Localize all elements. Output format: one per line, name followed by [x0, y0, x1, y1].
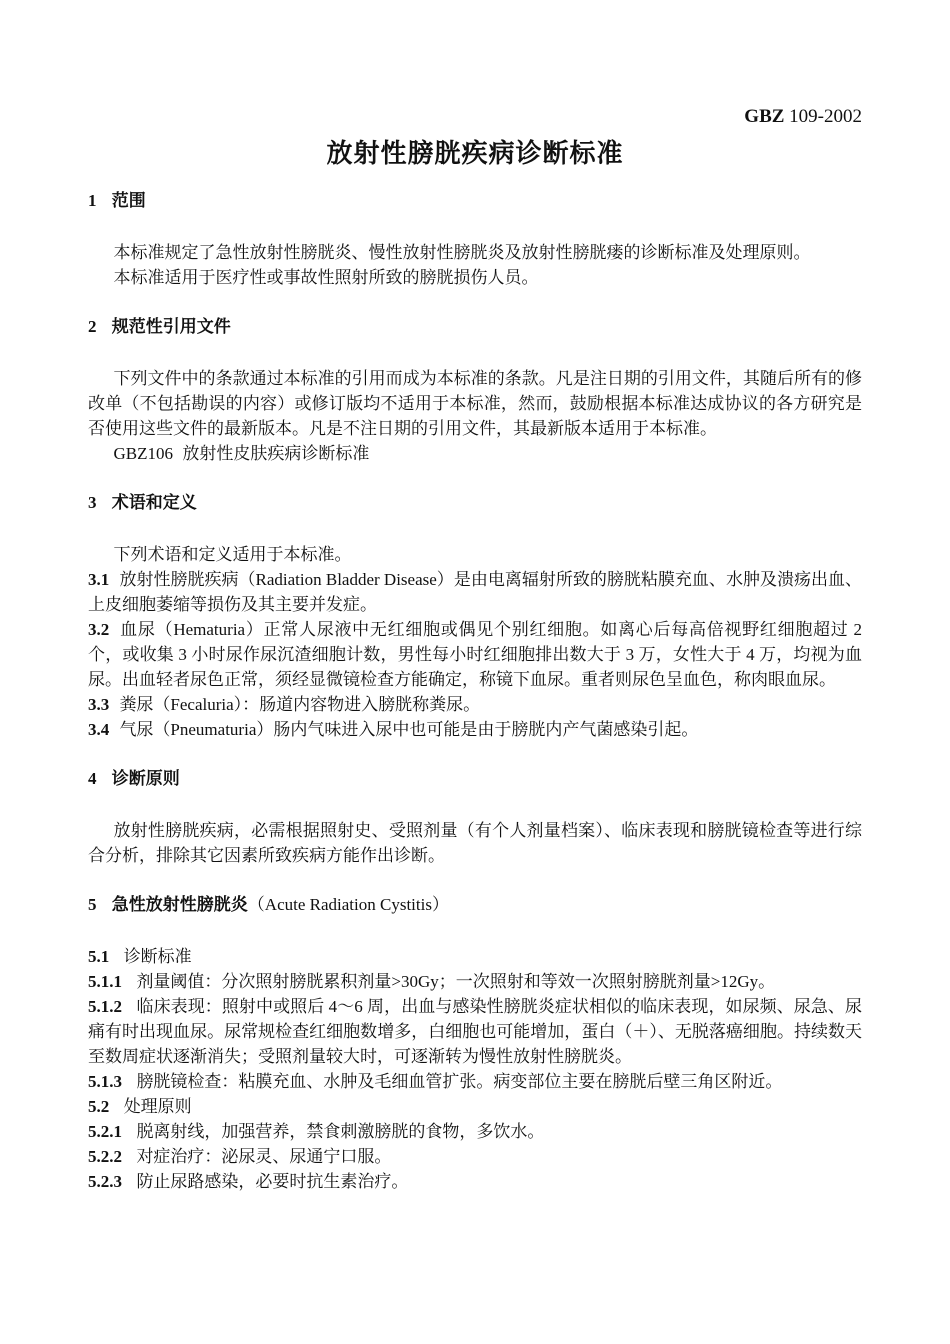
item-number: 5.1.3: [88, 1072, 122, 1091]
item-text: 诊断标准: [124, 947, 192, 966]
section-heading-4: 4诊断原则: [88, 766, 862, 791]
terms-intro-paragraph: 下列术语和定义适用于本标准。: [88, 542, 862, 567]
section-heading-text: 急性放射性膀胱炎: [112, 895, 248, 914]
item-text: 粪尿（Fecaluria）：肠道内容物进入膀胱称粪尿。: [119, 695, 480, 714]
item-text: 气尿（Pneumaturia）肠内气味进入尿中也可能是由于膀胱内产气菌感染引起。: [119, 720, 698, 739]
section-number: 4: [88, 769, 97, 788]
clause-item-5-2-3: 5.2.3防止尿路感染，必要时抗生素治疗。: [88, 1169, 862, 1194]
item-text: 防止尿路感染，必要时抗生素治疗。: [136, 1172, 408, 1191]
item-text: 脱离射线，加强营养，禁食刺激膀胱的食物，多饮水。: [136, 1122, 544, 1141]
clause-item-5-1: 5.1诊断标准: [88, 944, 862, 969]
item-number: 3.1: [88, 570, 109, 589]
clause-item-5-1-1: 5.1.1剂量阈值：分次照射膀胱累积剂量>30Gy；一次照射和等效一次照射膀胱剂…: [88, 969, 862, 994]
item-number: 5.2.1: [88, 1122, 122, 1141]
doc-number-code: GBZ: [744, 106, 784, 127]
diagnostic-principles-paragraph: 放射性膀胱疾病，必需根据照射史、受照剂量（有个人剂量档案）、临床表现和膀胱镜检查…: [88, 818, 862, 868]
item-text: 对症治疗：泌尿灵、尿通宁口服。: [136, 1147, 391, 1166]
item-number: 5.1.2: [88, 997, 122, 1016]
section-heading-text: 规范性引用文件: [112, 317, 231, 336]
section-heading-text: 诊断原则: [112, 769, 180, 788]
doc-number: GBZ 109-2002: [88, 104, 862, 130]
section-number: 2: [88, 317, 97, 336]
item-text: 放射性膀胱疾病（Radiation Bladder Disease）是由电离辐射…: [88, 570, 862, 614]
scope-paragraph-1: 本标准规定了急性放射性膀胱炎、慢性放射性膀胱炎及放射性膀胱瘘的诊断标准及处理原则…: [88, 240, 862, 265]
clause-item-5-1-3: 5.1.3膀胱镜检查：粘膜充血、水肿及毛细血管扩张。病变部位主要在膀胱后壁三角区…: [88, 1069, 862, 1094]
item-text: 剂量阈值：分次照射膀胱累积剂量>30Gy；一次照射和等效一次照射膀胱剂量>12G…: [136, 972, 775, 991]
section-heading-3: 3术语和定义: [88, 490, 862, 515]
item-text: 处理原则: [124, 1097, 192, 1116]
page-title: 放射性膀胱疾病诊断标准: [88, 136, 862, 172]
section-number: 3: [88, 493, 97, 512]
section-number: 5: [88, 895, 97, 914]
reference-code: GBZ106: [114, 444, 174, 463]
item-number: 5.2.2: [88, 1147, 122, 1166]
section-heading-2: 2规范性引用文件: [88, 314, 862, 339]
item-number: 5.1: [88, 947, 109, 966]
item-text: 临床表现：照射中或照后 4～6 周，出血与感染性膀胱炎症状相似的临床表现，如尿频…: [88, 997, 862, 1066]
scope-paragraph-2: 本标准适用于医疗性或事故性照射所致的膀胱损伤人员。: [88, 265, 862, 290]
section-heading-english: （Acute Radiation Cystitis）: [248, 895, 449, 914]
doc-number-value: 109-2002: [789, 106, 862, 127]
term-item-3-2: 3.2血尿（Hematuria）正常人尿液中无红细胞或偶见个别红细胞。如离心后每…: [88, 617, 862, 692]
reference-title: 放射性皮肤疾病诊断标准: [182, 444, 369, 463]
section-heading-5: 5急性放射性膀胱炎（Acute Radiation Cystitis）: [88, 892, 862, 917]
item-number: 5.2: [88, 1097, 109, 1116]
section-heading-1: 1范围: [88, 188, 862, 213]
normative-references-paragraph: 下列文件中的条款通过本标准的引用而成为本标准的条款。凡是注日期的引用文件，其随后…: [88, 366, 862, 441]
item-number: 5.1.1: [88, 972, 122, 991]
section-heading-text: 术语和定义: [112, 493, 197, 512]
clause-item-5-2-2: 5.2.2对症治疗：泌尿灵、尿通宁口服。: [88, 1144, 862, 1169]
term-item-3-3: 3.3粪尿（Fecaluria）：肠道内容物进入膀胱称粪尿。: [88, 692, 862, 717]
item-number: 5.2.3: [88, 1172, 122, 1191]
item-number: 3.3: [88, 695, 109, 714]
item-number: 3.4: [88, 720, 109, 739]
section-heading-text: 范围: [112, 191, 146, 210]
term-item-3-4: 3.4气尿（Pneumaturia）肠内气味进入尿中也可能是由于膀胱内产气菌感染…: [88, 717, 862, 742]
item-text: 膀胱镜检查：粘膜充血、水肿及毛细血管扩张。病变部位主要在膀胱后壁三角区附近。: [136, 1072, 782, 1091]
section-number: 1: [88, 191, 97, 210]
document-page: GBZ 109-2002 放射性膀胱疾病诊断标准 1范围 本标准规定了急性放射性…: [0, 0, 950, 1344]
clause-item-5-2: 5.2处理原则: [88, 1094, 862, 1119]
clause-item-5-1-2: 5.1.2临床表现：照射中或照后 4～6 周，出血与感染性膀胱炎症状相似的临床表…: [88, 994, 862, 1069]
term-item-3-1: 3.1放射性膀胱疾病（Radiation Bladder Disease）是由电…: [88, 567, 862, 617]
item-text: 血尿（Hematuria）正常人尿液中无红细胞或偶见个别红细胞。如离心后每高倍视…: [88, 620, 862, 689]
item-number: 3.2: [88, 620, 109, 639]
clause-item-5-2-1: 5.2.1脱离射线，加强营养，禁食刺激膀胱的食物，多饮水。: [88, 1119, 862, 1144]
reference-entry: GBZ106放射性皮肤疾病诊断标准: [88, 441, 862, 466]
